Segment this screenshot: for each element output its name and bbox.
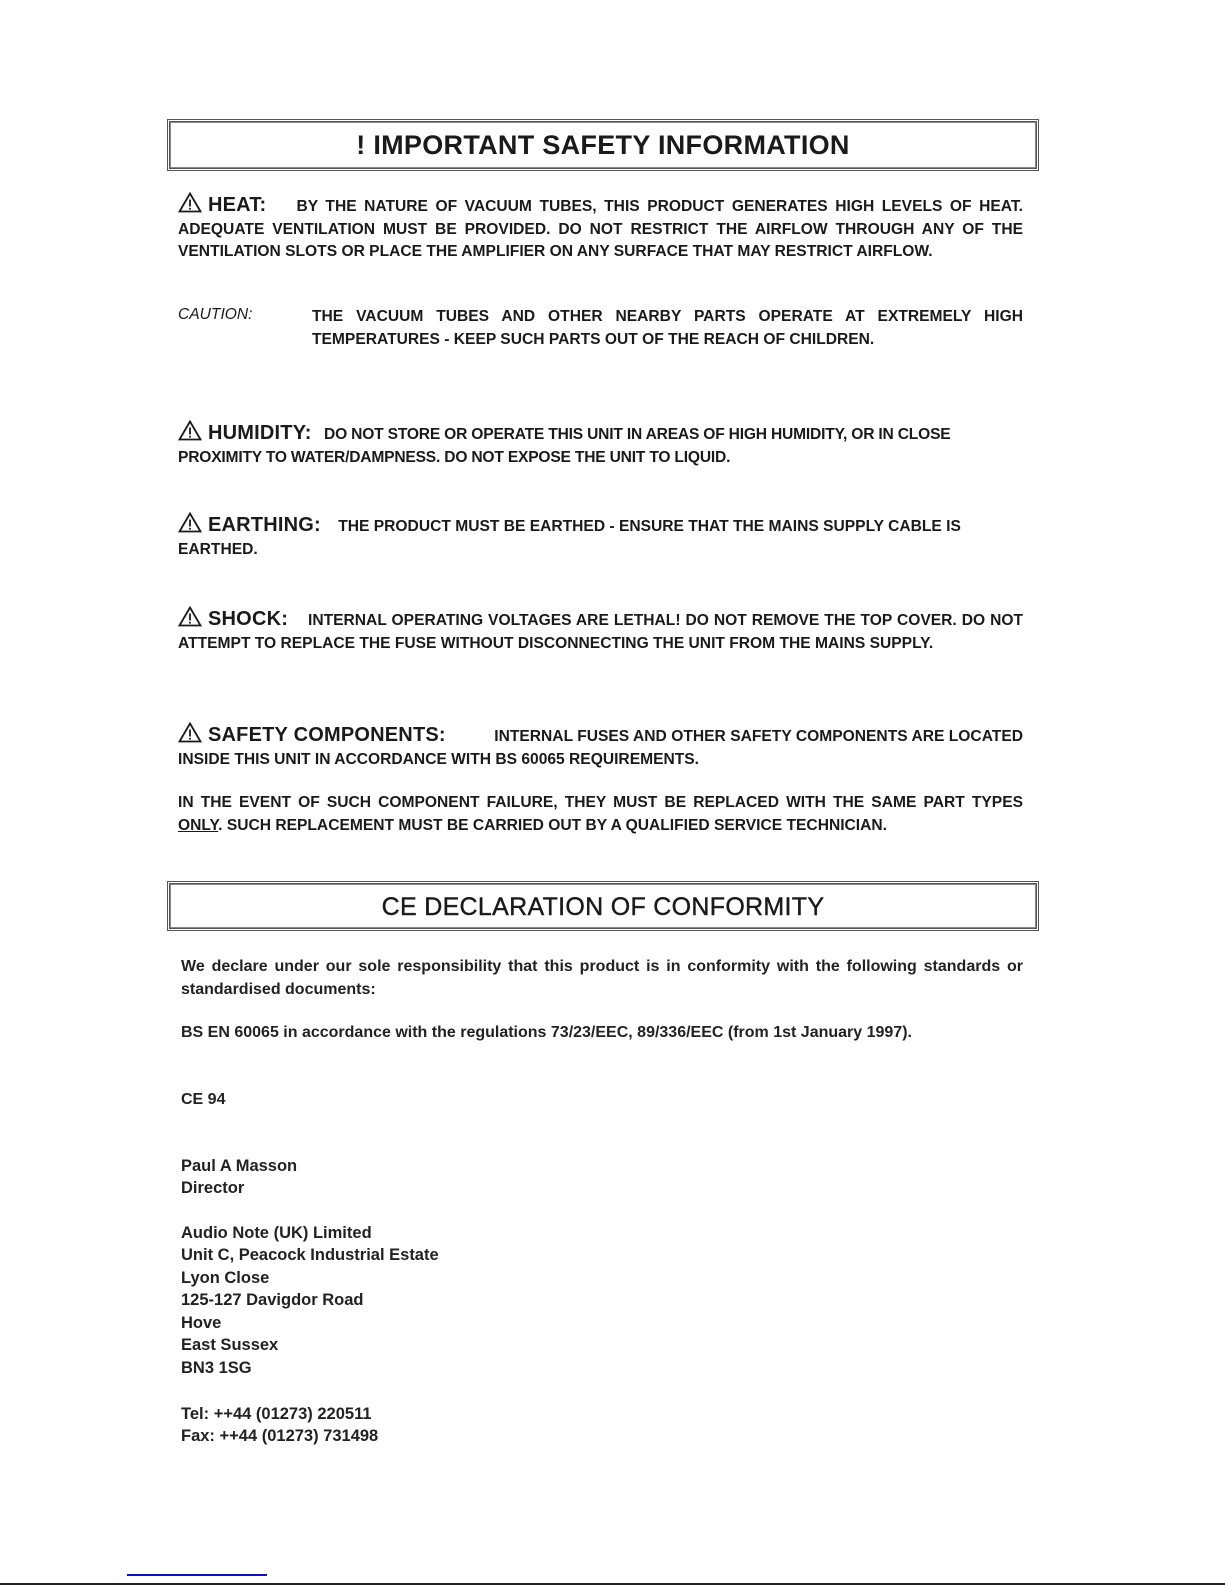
earthing-heading: EARTHING: (208, 514, 321, 536)
component-failure-paragraph: IN THE EVENT OF SUCH COMPONENT FAILURE, … (178, 792, 1023, 837)
warning-triangle-icon (178, 512, 202, 533)
failure-emphasis-only: ONLY (178, 817, 218, 834)
heat-section: HEAT: BY THE NATURE OF VACUUM TUBES, THI… (178, 192, 1023, 264)
address-line-postcode: BN3 1SG (181, 1357, 252, 1380)
warning-triangle-icon (178, 606, 202, 627)
document-page: ! IMPORTANT SAFETY INFORMATION HEAT: BY … (0, 0, 1225, 1585)
warning-triangle-icon (178, 192, 202, 213)
heat-text: BY THE NATURE OF VACUUM TUBES, THIS PROD… (178, 198, 1023, 260)
signatory-name: Paul A Masson (181, 1155, 297, 1178)
safety-components-section: SAFETY COMPONENTS: INTERNAL FUSES AND OT… (178, 722, 1023, 771)
address-line-town: Hove (181, 1312, 221, 1335)
failure-text-before: IN THE EVENT OF SUCH COMPONENT FAILURE, … (178, 794, 1023, 811)
address-line-close: Lyon Close (181, 1267, 269, 1290)
address-line-road: 125-127 Davigdor Road (181, 1289, 363, 1312)
contact-fax: Fax: ++44 (01273) 731498 (181, 1425, 378, 1448)
shock-heading: SHOCK: (208, 608, 288, 630)
warning-triangle-icon (178, 420, 202, 441)
ce-mark: CE 94 (181, 1088, 1023, 1111)
warning-triangle-icon (178, 722, 202, 743)
address-line-company: Audio Note (UK) Limited (181, 1222, 372, 1245)
failure-text-after: . SUCH REPLACEMENT MUST BE CARRIED OUT B… (218, 817, 887, 834)
signatory-role: Director (181, 1177, 244, 1200)
earthing-section: EARTHING: THE PRODUCT MUST BE EARTHED - … (178, 512, 1023, 561)
shock-text: INTERNAL OPERATING VOLTAGES ARE LETHAL! … (178, 612, 1023, 652)
address-line-unit: Unit C, Peacock Industrial Estate (181, 1244, 439, 1267)
caution-text: THE VACUUM TUBES AND OTHER NEARBY PARTS … (312, 306, 1023, 351)
contact-tel: Tel: ++44 (01273) 220511 (181, 1403, 372, 1426)
address-line-county: East Sussex (181, 1334, 278, 1357)
ce-declaration-title: CE DECLARATION OF CONFORMITY (167, 881, 1039, 931)
humidity-section: HUMIDITY: DO NOT STORE OR OPERATE THIS U… (178, 420, 1023, 469)
ce-standards-text: BS EN 60065 in accordance with the regul… (181, 1021, 1023, 1044)
humidity-heading: HUMIDITY: (208, 422, 312, 444)
caution-label: CAUTION: (178, 306, 253, 324)
heat-heading: HEAT: (208, 194, 266, 216)
safety-components-heading: SAFETY COMPONENTS: (208, 724, 446, 746)
ce-declaration-text: We declare under our sole responsibility… (181, 955, 1023, 1001)
shock-section: SHOCK: INTERNAL OPERATING VOLTAGES ARE L… (178, 606, 1023, 655)
safety-info-title: ! IMPORTANT SAFETY INFORMATION (167, 119, 1039, 171)
footer-link-underline (127, 1574, 267, 1576)
